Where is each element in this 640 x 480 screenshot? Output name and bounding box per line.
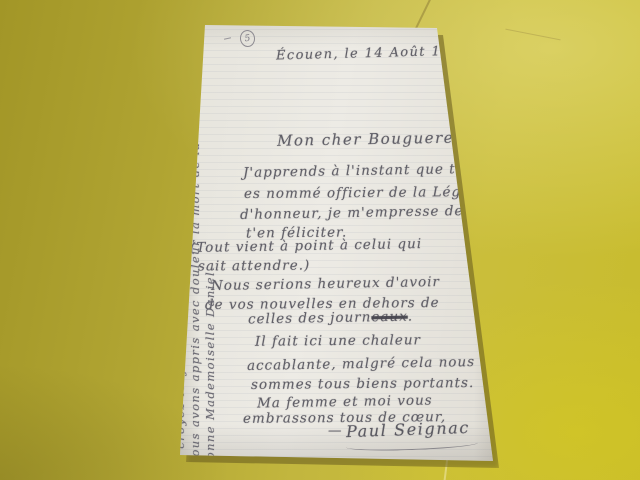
body-line: sommes tous biens portants. xyxy=(251,376,474,393)
body-line: es nommé officier de la Légion xyxy=(244,185,485,202)
body-line: Nous serions heureux d'avoir xyxy=(211,275,440,294)
body-line: Il fait ici une chaleur xyxy=(255,333,421,349)
pencil-mark xyxy=(224,37,231,39)
photo-of-letter: 5 Écouen, le 14 Août 1876 Mon cher Bougu… xyxy=(0,0,640,480)
margin-note-line: bonne Mademoiselle Daniel. xyxy=(203,82,218,468)
journaux-struck-word: eaux xyxy=(371,309,408,326)
signature: Paul Seignac xyxy=(346,420,470,439)
body-line: accablante, malgré cela nous xyxy=(247,355,475,374)
body-line-journaux: celles des journeaux. xyxy=(248,310,413,328)
body-line: (Tout vient à point à celui qui xyxy=(190,237,422,256)
background-scratch xyxy=(505,29,560,41)
page-number-text: 5 xyxy=(244,33,251,44)
margin-note: et croyez toujours à nos très sincères a… xyxy=(173,82,221,468)
page-number-annotation: 5 xyxy=(239,29,256,48)
journaux-suffix: . xyxy=(408,309,414,325)
signature-dash: — xyxy=(328,424,343,439)
salutation: Mon cher Bouguereau xyxy=(277,130,476,148)
margin-note-rotated-block: et croyez toujours à nos très sincères a… xyxy=(173,82,221,468)
body-line: J'apprends à l'instant que tu xyxy=(243,162,466,181)
margin-note-line: Nous avons appris avec douleur la mort d… xyxy=(188,82,203,468)
margin-note-line: et croyez toujours à nos très sincères a… xyxy=(173,82,188,468)
body-line: d'honneur, je m'empresse de xyxy=(240,204,464,223)
journaux-prefix: celles des journ xyxy=(248,309,372,327)
